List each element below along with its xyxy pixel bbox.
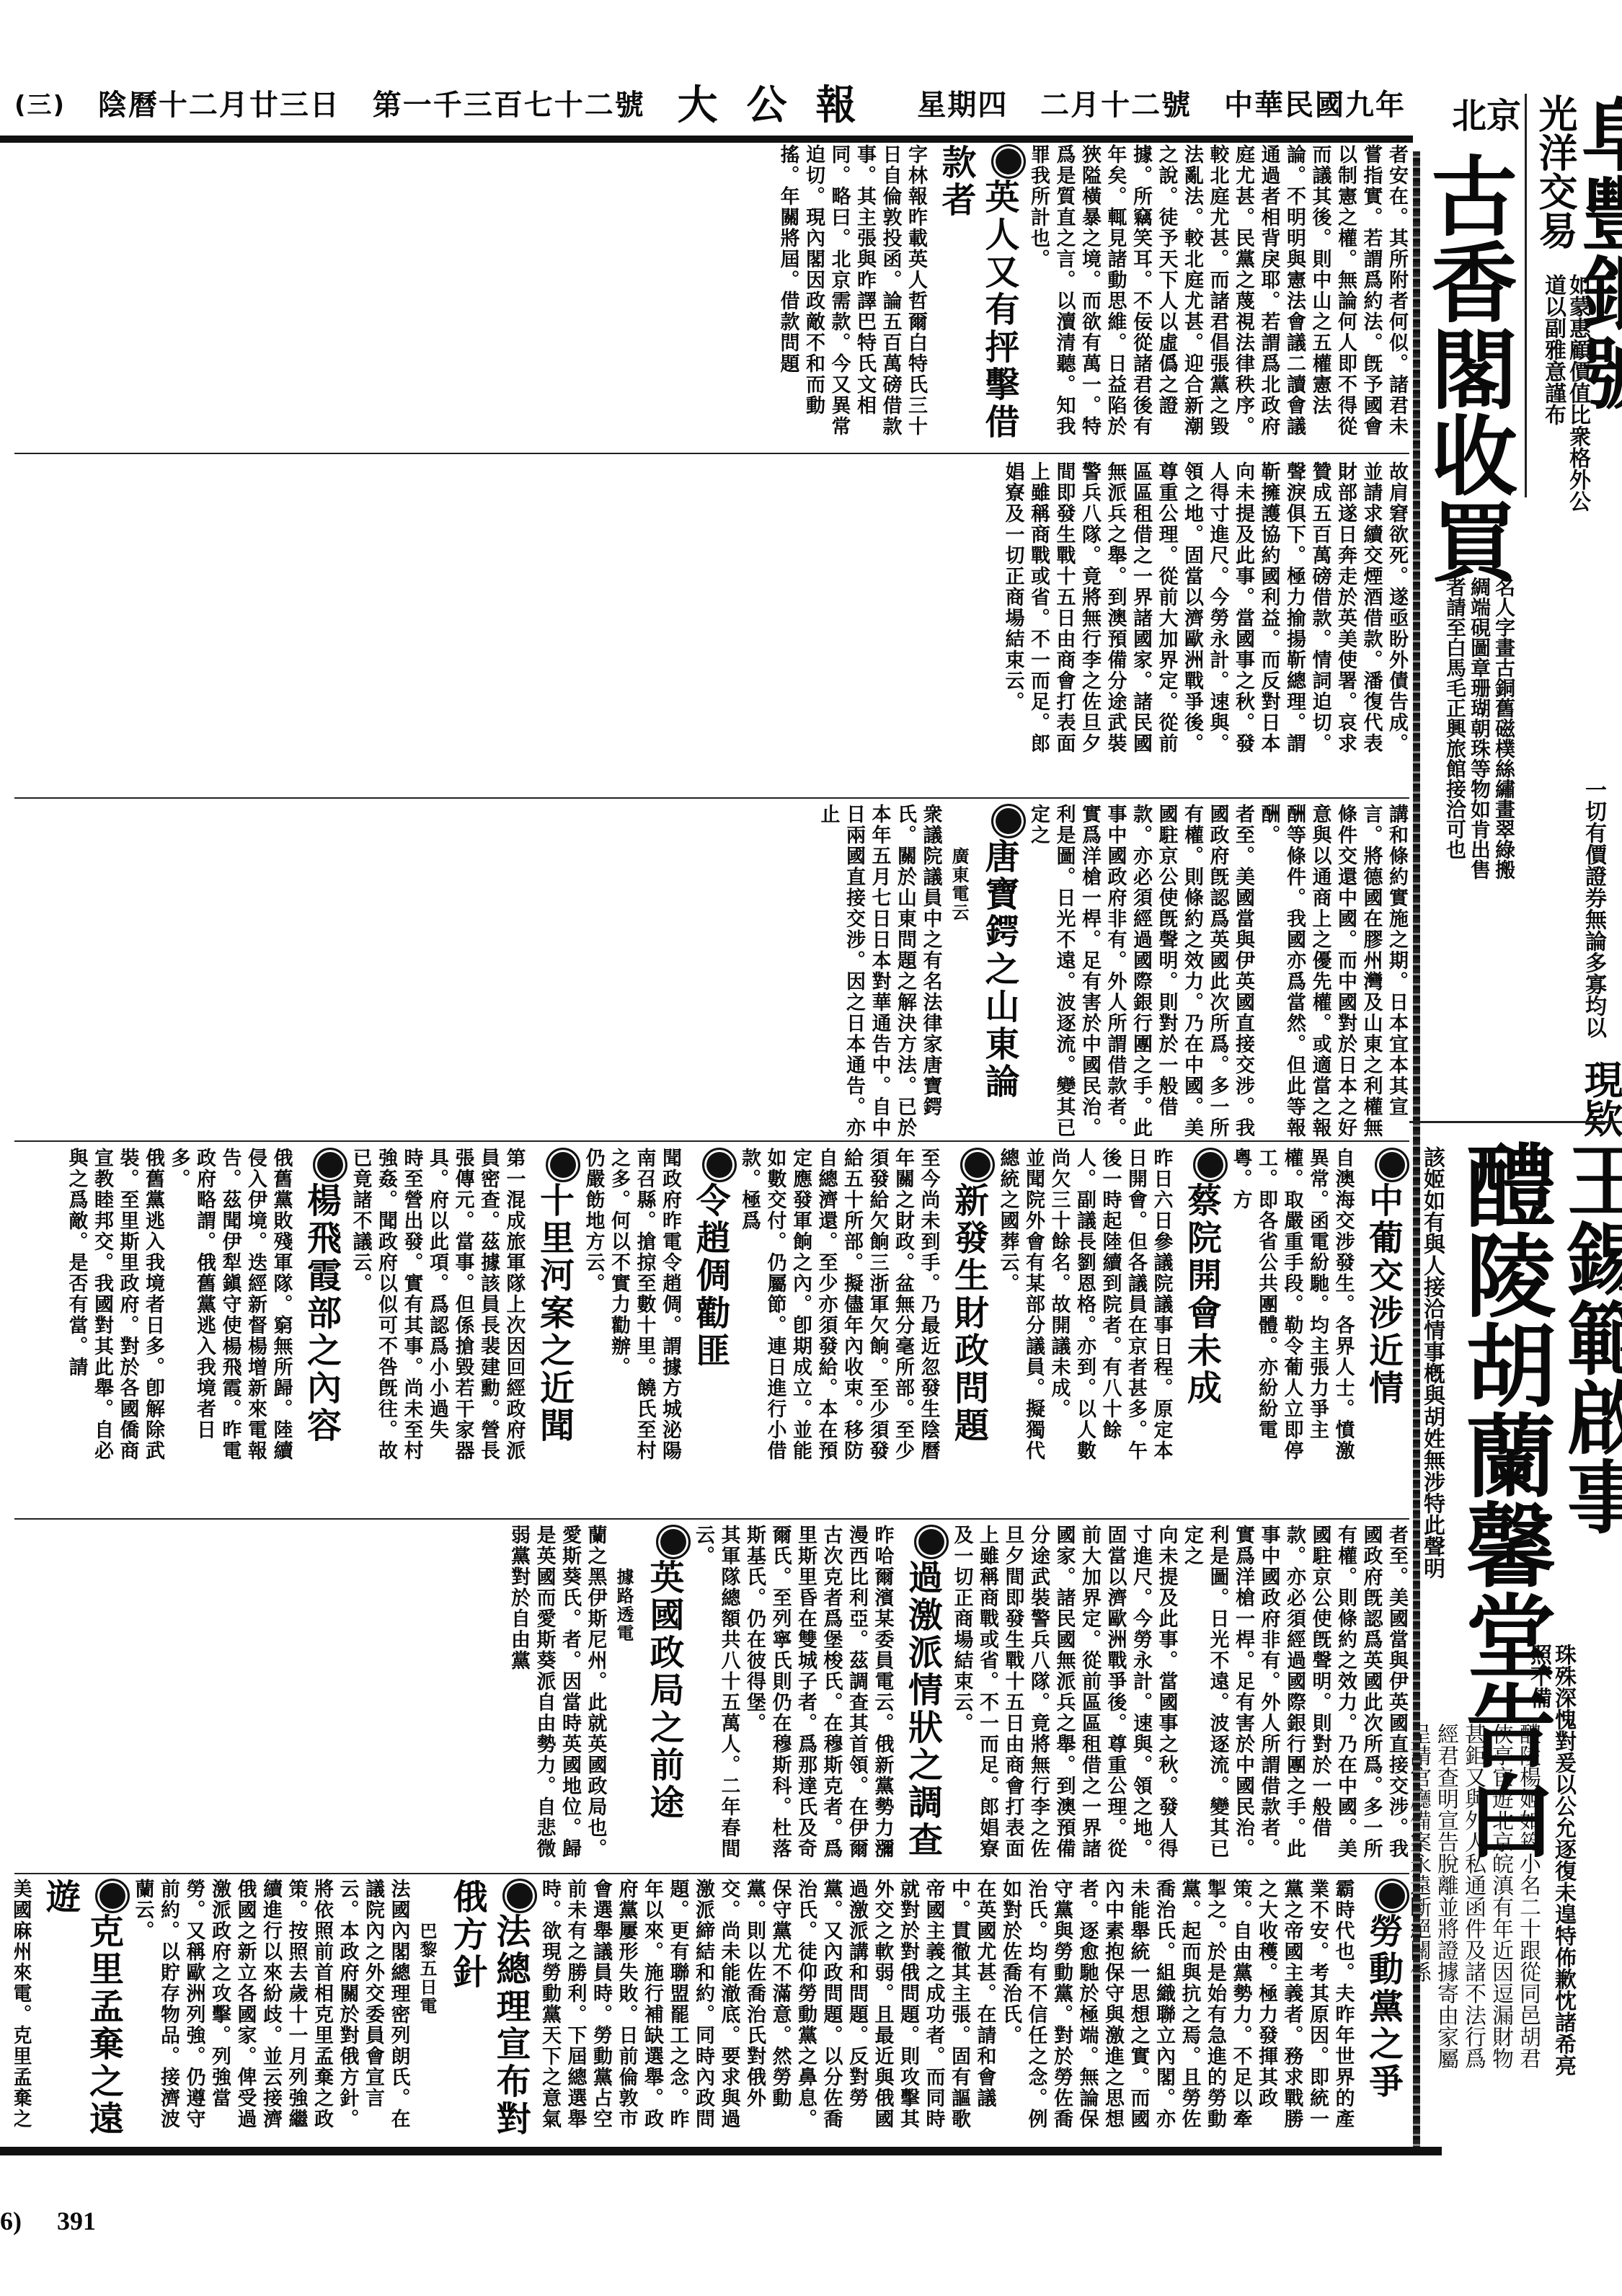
ad-column-border: [1413, 151, 1420, 2155]
article-xin-fasheng: 新發生財政問題 至今尚未到手。乃最近忽發生陰曆年關之財政。盆無分毫所部。至少須發…: [737, 1148, 996, 1479]
ad-section-rule: [1409, 1121, 1622, 1123]
ad-big-banner: 王錫範啟事: [1550, 1139, 1622, 1644]
article-headline: 楊飛霞部之內容: [300, 1148, 348, 1479]
article-headline: 蔡院開會未成: [1180, 1148, 1228, 1479]
article-body: 衆議院議員中之有名法律家唐寶鍔氏。關於山東問題之解決方法。已於本年五月七日日本對…: [815, 804, 944, 1139]
ad-column: 光洋交易 如蒙惠顧價值比衆格外公道以副雅意謹布 北京 古香閣收買 名人字畫古銅舊…: [1409, 58, 1622, 2163]
band-rule: [14, 1518, 1409, 1520]
masthead-page-mark: (三): [14, 85, 66, 120]
ad-bank-notice-body: 一切有價證券無論多寡均以: [1581, 779, 1605, 1081]
article-lead: 自澳海交涉發生。各界人士。憤激異常。函電紛馳。均主張力爭主權。取嚴重手段。勒令葡…: [1228, 1148, 1356, 1479]
ad-bank-notice-title: 阜豐銀號: [1564, 94, 1622, 815]
ad-hu-lanxin-body: 醴陵楊姬如筠小名二十跟從同邑胡君俠亭宦遊北京皖滇有年近因逗漏財物甚鉅又與外人私通…: [1430, 1723, 1541, 2083]
article-yingren-pingji: 庭尤甚。民黨之蔑視法律秩序。較北庭尤甚。而諸君倡張黨之毀法亂法。較北庭尤甚。迎合…: [775, 144, 1256, 447]
article-laodong: 勞動黨之爭 霸時代也。夫昨年世界的產業不安。考其原因。即統一黨之帝國主義者。務求…: [537, 1879, 1410, 2145]
article-body: 講和條約實施之期。日本宜本其宣言。將德國在膠州灣及山東之利權無條件交還中國。而中…: [1256, 804, 1409, 1139]
article-guoji-pai: 過激派情狀之調查 昨哈爾濱某委員電云。俄新黨勢力瀰漫西比利亞。茲調查其首領。在伊…: [691, 1525, 949, 1867]
masthead-paper-name: 大公報: [678, 74, 885, 131]
article-lead: 聞政府昨電令趙倜。謂據方城泌陽南召縣。搶掠至數十里。饒氏至村之多。何以不實力勸辦…: [606, 1148, 683, 1479]
ad-guyangxiang-body: 名人字畫古銅舊磁樸絲繡畫翠綠搬綢端硯圖章珊瑚朝珠等物如肯出售者請至白馬毛正興旅館…: [1415, 577, 1516, 894]
page-number: 391: [57, 2207, 96, 2235]
article-fa-zongli: 法總理宣布對俄方針 巴黎五日電 法國內閣總理密列朗氏。在議院內之外交委員會宣言云…: [130, 1879, 537, 2145]
article-lead: 第一混成旅軍隊上次因回經政府派員密查。茲據該員長裴建勳。營長張傳元。當事。但係搶…: [425, 1148, 527, 1479]
article-headline: 過激派情狀之調查: [901, 1525, 949, 1867]
article-laodong-intro: 者至。美國當與伊英國直接交涉。我國政府旣認爲英國此次所爲。多一所有權。則條約之效…: [1179, 1525, 1410, 1867]
band-6: 勞動黨之爭 霸時代也。夫昨年世界的產業不安。考其原因。即統一黨之帝國主義者。務求…: [14, 1879, 1409, 2145]
band-5-content: 者至。美國當與伊英國直接交涉。我國政府旣認爲英國此次所爲。多一所有權。則條約之效…: [14, 1525, 1409, 1867]
bullet-icon: [502, 1879, 537, 1913]
article-body: 法國內閣總理密列朗氏。在議院內之外交委員會宣言云。本政府關於對俄方針。將依照前首…: [130, 1879, 412, 2145]
page-footer: 6) 391: [0, 2206, 125, 2236]
article-body: 美國麻州來電。克里孟棄之遊也。: [14, 1879, 33, 2145]
ad-divider: [1525, 94, 1527, 497]
band-rule: [14, 1873, 1409, 1874]
band-rule: [14, 453, 1409, 454]
band-6-content: 勞動黨之爭 霸時代也。夫昨年世界的產業不安。考其原因。即統一黨之帝國主義者。務求…: [14, 1879, 1409, 2145]
article-shilihe: 十里河案之近聞 第一混成旅軍隊上次因回經政府派員密查。茲據該員長裴建勳。營長張傳…: [347, 1148, 580, 1479]
article-body: 向未提及此事。當國事之秋。發人得寸進尺。今勞永計。速與。領之地。固當以濟歐洲戰爭…: [949, 1525, 1179, 1867]
article-zhongpu: 中葡交涉近情 自澳海交涉發生。各界人士。憤激異常。函電紛馳。均主張力爭主權。取嚴…: [1228, 1148, 1409, 1479]
article-body: 在英國尤甚。在請和會議中。貫徹其主張。固有謳歌帝國主義之成功者。而同時就對於對俄…: [537, 1879, 998, 2145]
article-headline: 克里孟棄之遠遊: [39, 1879, 130, 2145]
band-rule: [14, 1140, 1409, 1142]
article-headline: 唐寶鍔之山東論: [978, 804, 1026, 1139]
article-body: 仍嚴飭地方云。: [580, 1148, 606, 1479]
volume-mark: 6): [0, 2207, 22, 2235]
article-headline: 令趙倜勸匪: [688, 1148, 737, 1479]
article-yang-feixia: 楊飛霞部之內容 俄舊黨敗殘軍隊。窮無所歸。陸續侵入伊境。迭經新督楊增新來電報告。…: [63, 1148, 347, 1479]
article-jiekuan: 故肩窘欲死。遂亟盼外債告成。並請求續交煙酒借款。潘復代表財部遂日奔走於英美使署。…: [1000, 461, 1409, 757]
article-yingguo-zhengju: 英國政局之前途 據路透電 蘭之黑伊斯尼州。此就英國政局也。愛斯葵氏。者。因當時英…: [506, 1525, 691, 1867]
article-body: 故肩窘欲死。遂亟盼外債告成。並請求續交煙酒借款。潘復代表財部遂日奔走於英美使署。…: [1256, 461, 1409, 757]
article-body: 蘭之黑伊斯尼州。此就英國政局也。愛斯葵氏。者。因當時英國地位。歸是英國而愛斯葵派…: [506, 1525, 608, 1867]
article-body-cont: 向未提及此事。當國事之秋。發人得寸進尺。今勞永計。速與。領之地。固當以濟歐洲戰爭…: [1000, 461, 1256, 757]
bullet-icon: [991, 144, 1026, 179]
masthead: 中華民國九年 二月十二號 星期四 大公報 第一千三百七十二號 陰曆十二月廿三日 …: [14, 81, 1406, 124]
article-body: 者安在。其所附者何似。諸君未嘗指實。若謂爲約法。旣予國會以制憲之權。無論何人即不…: [1256, 144, 1409, 447]
ad-hu-lanxin-side-note: 珠殊深愧對爰以公允逐復未遑特佈歉忱諸希亮照不備: [1546, 1644, 1575, 2091]
bullet-icon: [1193, 1148, 1228, 1182]
bullet-icon: [1375, 1879, 1409, 1913]
bullet-icon: [656, 1525, 691, 1559]
band-1: 者安在。其所附者何似。諸君未嘗指實。若謂爲約法。旣予國會以制憲之權。無論何人即不…: [14, 144, 1409, 447]
article-kelimeng: 克里孟棄之遠遊 美國麻州來電。克里孟棄之遊也。: [14, 1879, 130, 2145]
article-headline: 新發生財政問題: [947, 1148, 996, 1479]
article-body: 庭尤甚。民黨之蔑視法律秩序。較北庭尤甚。而諸君倡張黨之毀法亂法。較北庭尤甚。迎合…: [1026, 144, 1257, 447]
article-lead: 霸時代也。夫昨年世界的產業不安。考其原因。即統一黨之帝國主義者。務求戰勝之大收穫…: [998, 1879, 1356, 2145]
article-body: 者至。美國當與伊英國直接交涉。我國政府旣認爲英國此次所爲。多一所有權。則條約之效…: [1179, 1525, 1410, 1867]
article-qie-editorial: 者安在。其所附者何似。諸君未嘗指實。若謂爲約法。旣予國會以制憲之權。無論何人即不…: [1256, 144, 1409, 447]
band-3: 講和條約實施之期。日本宜本其宣言。將德國在膠州灣及山東之利權無條件交還中國。而中…: [14, 804, 1409, 1139]
article-zhongpu-cont: 講和條約實施之期。日本宜本其宣言。將德國在膠州灣及山東之利權無條件交還中國。而中…: [1256, 804, 1409, 1139]
masthead-rule: [0, 136, 1413, 143]
bullet-icon: [313, 1148, 347, 1182]
bullet-icon: [914, 1525, 949, 1559]
article-body: 者至。美國當與伊英國直接交涉。我國政府旣認爲英國此次所爲。多一所有權。則條約之效…: [1026, 804, 1257, 1139]
article-headline: 法總理宣布對俄方針: [446, 1879, 537, 2145]
article-aomen: 向未提及此事。當國事之秋。發人得寸進尺。今勞永計。速與。領之地。固當以濟歐洲戰爭…: [949, 1525, 1179, 1867]
article-lead: 昨哈爾濱某委員電云。俄新黨勢力瀰漫西比利亞。茲調查其首領。在伊爾古次克者爲堡梭氏…: [742, 1525, 895, 1867]
band-5: 者至。美國當與伊英國直接交涉。我國政府旣認爲英國此次所爲。多一所有權。則條約之效…: [14, 1525, 1409, 1867]
article-headline: 十里河案之近聞: [533, 1148, 581, 1479]
article-headline: 中葡交涉近情: [1362, 1148, 1410, 1479]
newspaper-page: 中華民國九年 二月十二號 星期四 大公報 第一千三百七十二號 陰曆十二月廿三日 …: [0, 0, 1622, 2296]
band-2-content: 故肩窘欲死。遂亟盼外債告成。並請求續交煙酒借款。潘復代表財部遂日奔走於英美使署。…: [14, 461, 1409, 757]
masthead-weekday: 星期四: [917, 82, 1008, 123]
article-headline: 勞動黨之爭: [1362, 1879, 1410, 2145]
band-4-content: 中葡交涉近情 自澳海交涉發生。各界人士。憤激異常。函電紛馳。均主張力爭主權。取嚴…: [14, 1148, 1409, 1479]
bottom-rule: [0, 2147, 1442, 2155]
article-body: 至今尚未到手。乃最近忽發生陰曆年關之財政。盆無分毫所部。至少須發給欠餉三浙軍欠餉…: [737, 1148, 941, 1479]
masthead-lunar-date: 陰曆十二月廿三日: [98, 82, 340, 123]
band-4: 中葡交涉近情 自澳海交涉發生。各界人士。憤激異常。函電紛馳。均主張力爭主權。取嚴…: [14, 1148, 1409, 1479]
article-body: 時至營出發。實有其事。尚未至村強姦。聞政府以似可不咎旣往。故已竟諸不議云。: [347, 1148, 425, 1479]
article-dateline: 巴黎五日電: [415, 1879, 440, 2145]
band-1-content: 者安在。其所附者何似。諸君未嘗指實。若謂爲約法。旣予國會以制憲之權。無論何人即不…: [14, 144, 1409, 447]
article-body: 並聞院外會有某部分議員。擬獨代總統之國葬云。: [995, 1148, 1046, 1479]
article-zhao-ti: 令趙倜勸匪 聞政府昨電令趙倜。謂據方城泌陽南召縣。搶掠至數十里。饒氏至村之多。何…: [580, 1148, 737, 1479]
bullet-icon: [991, 804, 1026, 838]
article-lead: 字林報昨載英人哲爾白特氏三十日自倫敦投函。論五百萬磅借款事。其主張與昨譯巴特氏文…: [775, 144, 929, 447]
article-headline: 英人又有抨擊借款者: [934, 144, 1026, 447]
article-cai-yuanzhang: 蔡院開會未成 昨日六日參議院議事日程。原定本日開會。但各議員在京者甚多。午後一時…: [995, 1148, 1228, 1479]
article-body: 其軍隊總額共八十五萬人。二年春間云。: [691, 1525, 742, 1867]
bullet-icon: [960, 1148, 995, 1182]
band-3-content: 講和條約實施之期。日本宜本其宣言。將德國在膠州灣及山東之利權無條件交還中國。而中…: [14, 804, 1409, 1139]
article-tang-baoe: 唐寶鍔之山東論 廣東電云 衆議院議員中之有名法律家唐寶鍔氏。關於山東問題之解決方…: [815, 804, 1026, 1139]
article-body: 俄舊黨逃入我境者日多。卽解除武裝。至里斯里政府。對於各國僑商宣教睦邦交。我國對其…: [63, 1148, 166, 1479]
band-2: 故肩窘欲死。遂亟盼外債告成。並請求續交煙酒借款。潘復代表財部遂日奔走於英美使署。…: [14, 461, 1409, 757]
article-lead: 昨日六日參議院議事日程。原定本日開會。但各議員在京者甚多。午後一時起陸續到院者。…: [1046, 1148, 1174, 1479]
bullet-icon: [702, 1148, 737, 1182]
masthead-date: 二月十二號: [1040, 82, 1192, 123]
article-dateline: 廣東電云: [947, 804, 972, 1139]
bullet-icon: [1375, 1148, 1409, 1182]
masthead-era-year: 中華民國九年: [1224, 82, 1406, 123]
masthead-issue-number: 第一千三百七十二號: [373, 82, 645, 123]
article-wenti-mid: 者至。美國當與伊英國直接交涉。我國政府旣認爲英國此次所爲。多一所有權。則條約之效…: [1026, 804, 1257, 1139]
article-lead: 俄舊黨敗殘軍隊。窮無所歸。陸續侵入伊境。迭經新督楊增新來電報告。茲聞伊犁鎭守使楊…: [166, 1148, 294, 1479]
article-headline: 英國政局之前途: [642, 1525, 691, 1867]
band-rule: [14, 797, 1409, 799]
article-dateline: 據路透電: [611, 1525, 637, 1867]
bullet-icon: [546, 1148, 580, 1182]
bullet-icon: [95, 1879, 130, 1913]
